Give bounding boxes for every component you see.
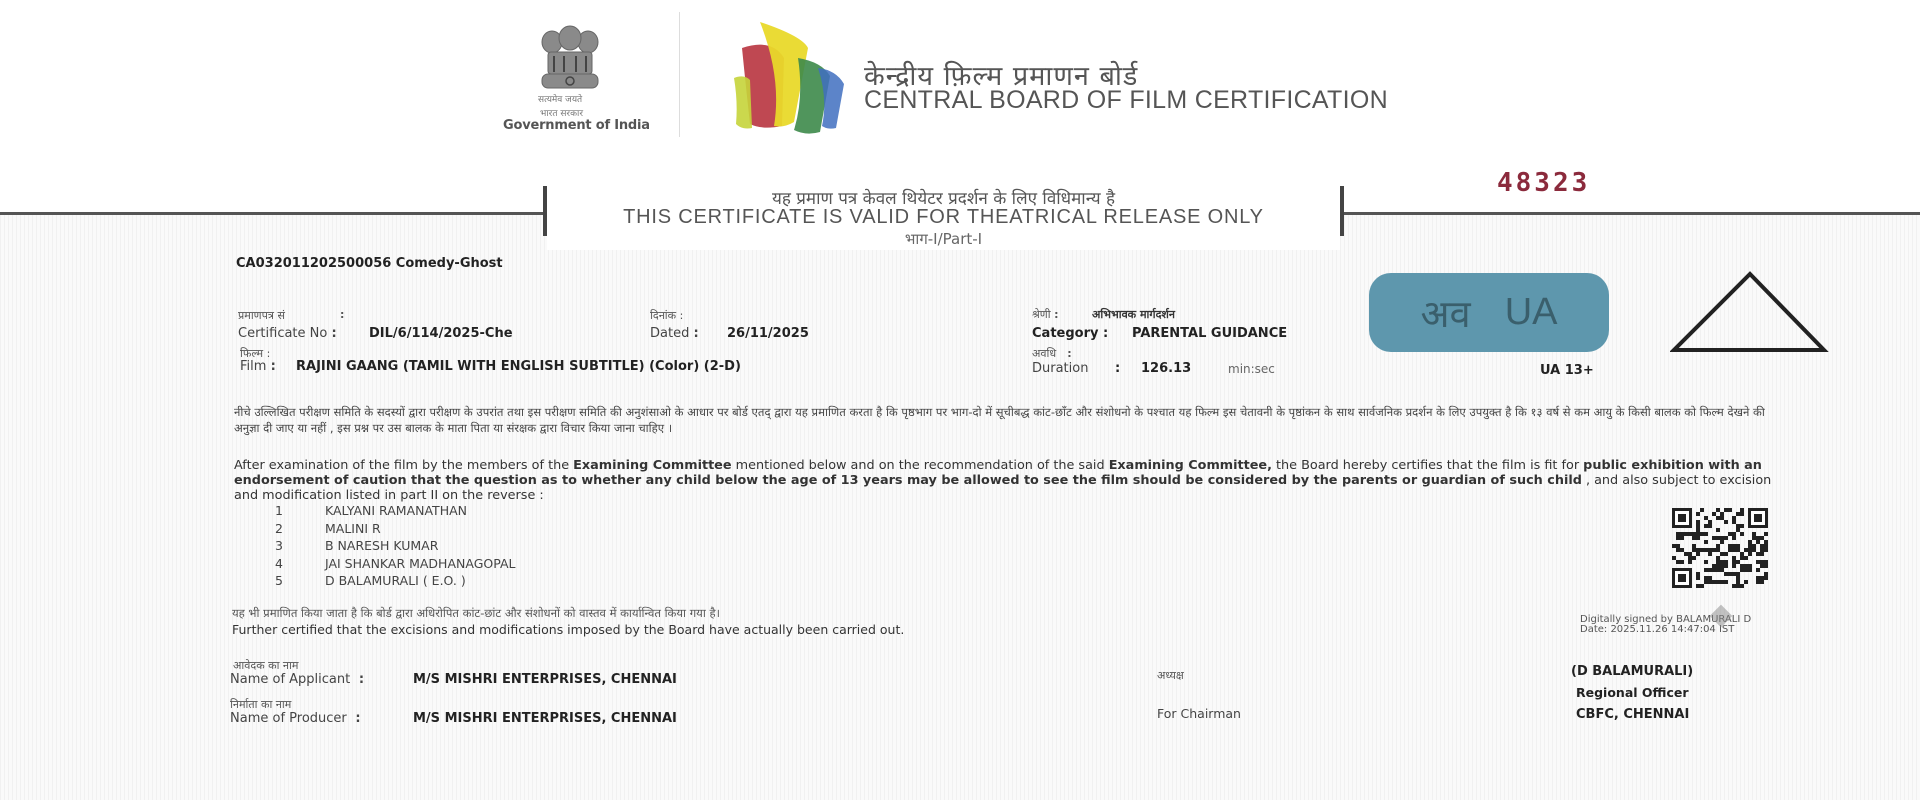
date-hindi: दिनांक : <box>650 308 683 323</box>
duration-label: Duration <box>1032 361 1088 376</box>
producer-value: M/S MISHRI ENTERPRISES, CHENNAI <box>413 711 677 726</box>
reference-code: CA032011202500056 Comedy-Ghost <box>236 256 503 271</box>
category-hindi-value: अभिभावक मार्गदर्शन <box>1092 307 1175 322</box>
committee-member-name: B NARESH KUMAR <box>325 538 438 553</box>
certificate-no-value: DIL/6/114/2025-Che <box>369 326 513 341</box>
chairman-hindi: अध्यक्ष <box>1157 668 1184 683</box>
applicant-value: M/S MISHRI ENTERPRISES, CHENNAI <box>413 672 677 687</box>
certificate-no-label: Certificate No : <box>238 326 337 341</box>
producer-hindi: निर्माता का नाम <box>230 697 291 712</box>
colon: : <box>340 308 344 321</box>
producer-label: Name of Producer : <box>230 711 361 726</box>
further-certified: Further certified that the excisions and… <box>232 622 904 637</box>
category-hindi-label: श्रेणी : <box>1032 307 1059 322</box>
category-value: PARENTAL GUIDANCE <box>1132 326 1287 341</box>
serial-number: 48323 <box>1497 168 1590 198</box>
date-value: 26/11/2025 <box>727 326 809 341</box>
banner-rule-left <box>0 212 545 215</box>
national-emblem-icon <box>530 24 610 94</box>
certification-text-hindi: नीचे उल्लिखित परीक्षण समिति के सदस्यों द… <box>234 404 1774 436</box>
category-label: Category : <box>1032 326 1108 341</box>
committee-member-number: 5 <box>275 573 283 588</box>
cbfc-logo-icon <box>732 18 848 136</box>
chairman-label: For Chairman <box>1157 706 1241 721</box>
part-label: भाग-I/Part-I <box>547 229 1340 249</box>
committee-member-name: KALYANI RAMANATHAN <box>325 503 467 518</box>
digital-signature-date: Date: 2025.11.26 14:47:04 IST <box>1580 625 1734 635</box>
applicant-hindi: आवेदक का नाम <box>233 658 298 673</box>
duration-unit: min:sec <box>1228 362 1275 376</box>
header-divider <box>679 12 680 137</box>
certificate-no-hindi: प्रमाणपत्र सं <box>238 308 285 323</box>
committee-member-name: JAI SHANKAR MADHANAGOPAL <box>325 556 515 571</box>
committee-member-number: 4 <box>275 556 283 571</box>
committee-member-number: 3 <box>275 538 283 553</box>
banner-rule-right <box>1342 212 1920 215</box>
further-certified-hindi: यह भी प्रमाणित किया जाता है कि बोर्ड द्व… <box>232 606 720 621</box>
applicant-label: Name of Applicant : <box>230 672 364 687</box>
triangle-symbol-icon <box>1670 270 1830 356</box>
qr-code-icon <box>1672 508 1768 588</box>
officer-office: CBFC, CHENNAI <box>1576 707 1689 722</box>
banner-bracket-right <box>1340 186 1344 236</box>
certification-text: After examination of the film by the mem… <box>234 458 1784 503</box>
gov-name: Government of India <box>503 118 650 133</box>
film-label: Film : <box>240 359 276 374</box>
rating-code: UA <box>1505 291 1558 334</box>
rating-label: UA 13+ <box>1540 363 1594 378</box>
gov-motto: सत्यमेव जयते <box>538 92 582 105</box>
duration-colon: : <box>1115 361 1120 376</box>
committee-member-name: D BALAMURALI ( E.O. ) <box>325 573 466 588</box>
validity-notice: THIS CERTIFICATE IS VALID FOR THEATRICAL… <box>547 206 1340 229</box>
duration-hindi: अवधि : <box>1032 346 1072 361</box>
officer-name: (D BALAMURALI) <box>1571 664 1693 679</box>
rating-badge: अव UA <box>1369 273 1609 352</box>
officer-title: Regional Officer <box>1576 685 1689 700</box>
duration-value: 126.13 <box>1141 361 1191 376</box>
board-name: CENTRAL BOARD OF FILM CERTIFICATION <box>864 86 1388 115</box>
committee-member-name: MALINI R <box>325 521 381 536</box>
committee-member-number: 2 <box>275 521 283 536</box>
film-title: RAJINI GAANG (TAMIL WITH ENGLISH SUBTITL… <box>296 359 741 374</box>
date-label: Dated : <box>650 326 699 341</box>
committee-member-number: 1 <box>275 503 283 518</box>
rating-hindi: अव <box>1421 287 1471 339</box>
